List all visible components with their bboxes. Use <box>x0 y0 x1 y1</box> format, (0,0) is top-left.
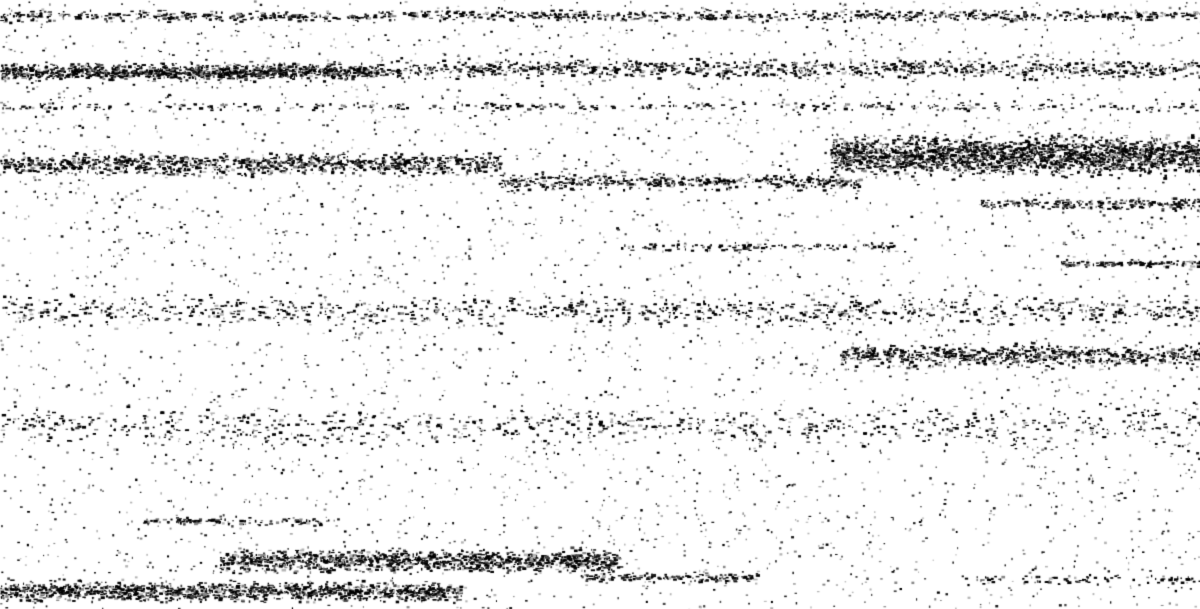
noise-canvas <box>0 0 1200 609</box>
noise-texture <box>0 0 1200 609</box>
